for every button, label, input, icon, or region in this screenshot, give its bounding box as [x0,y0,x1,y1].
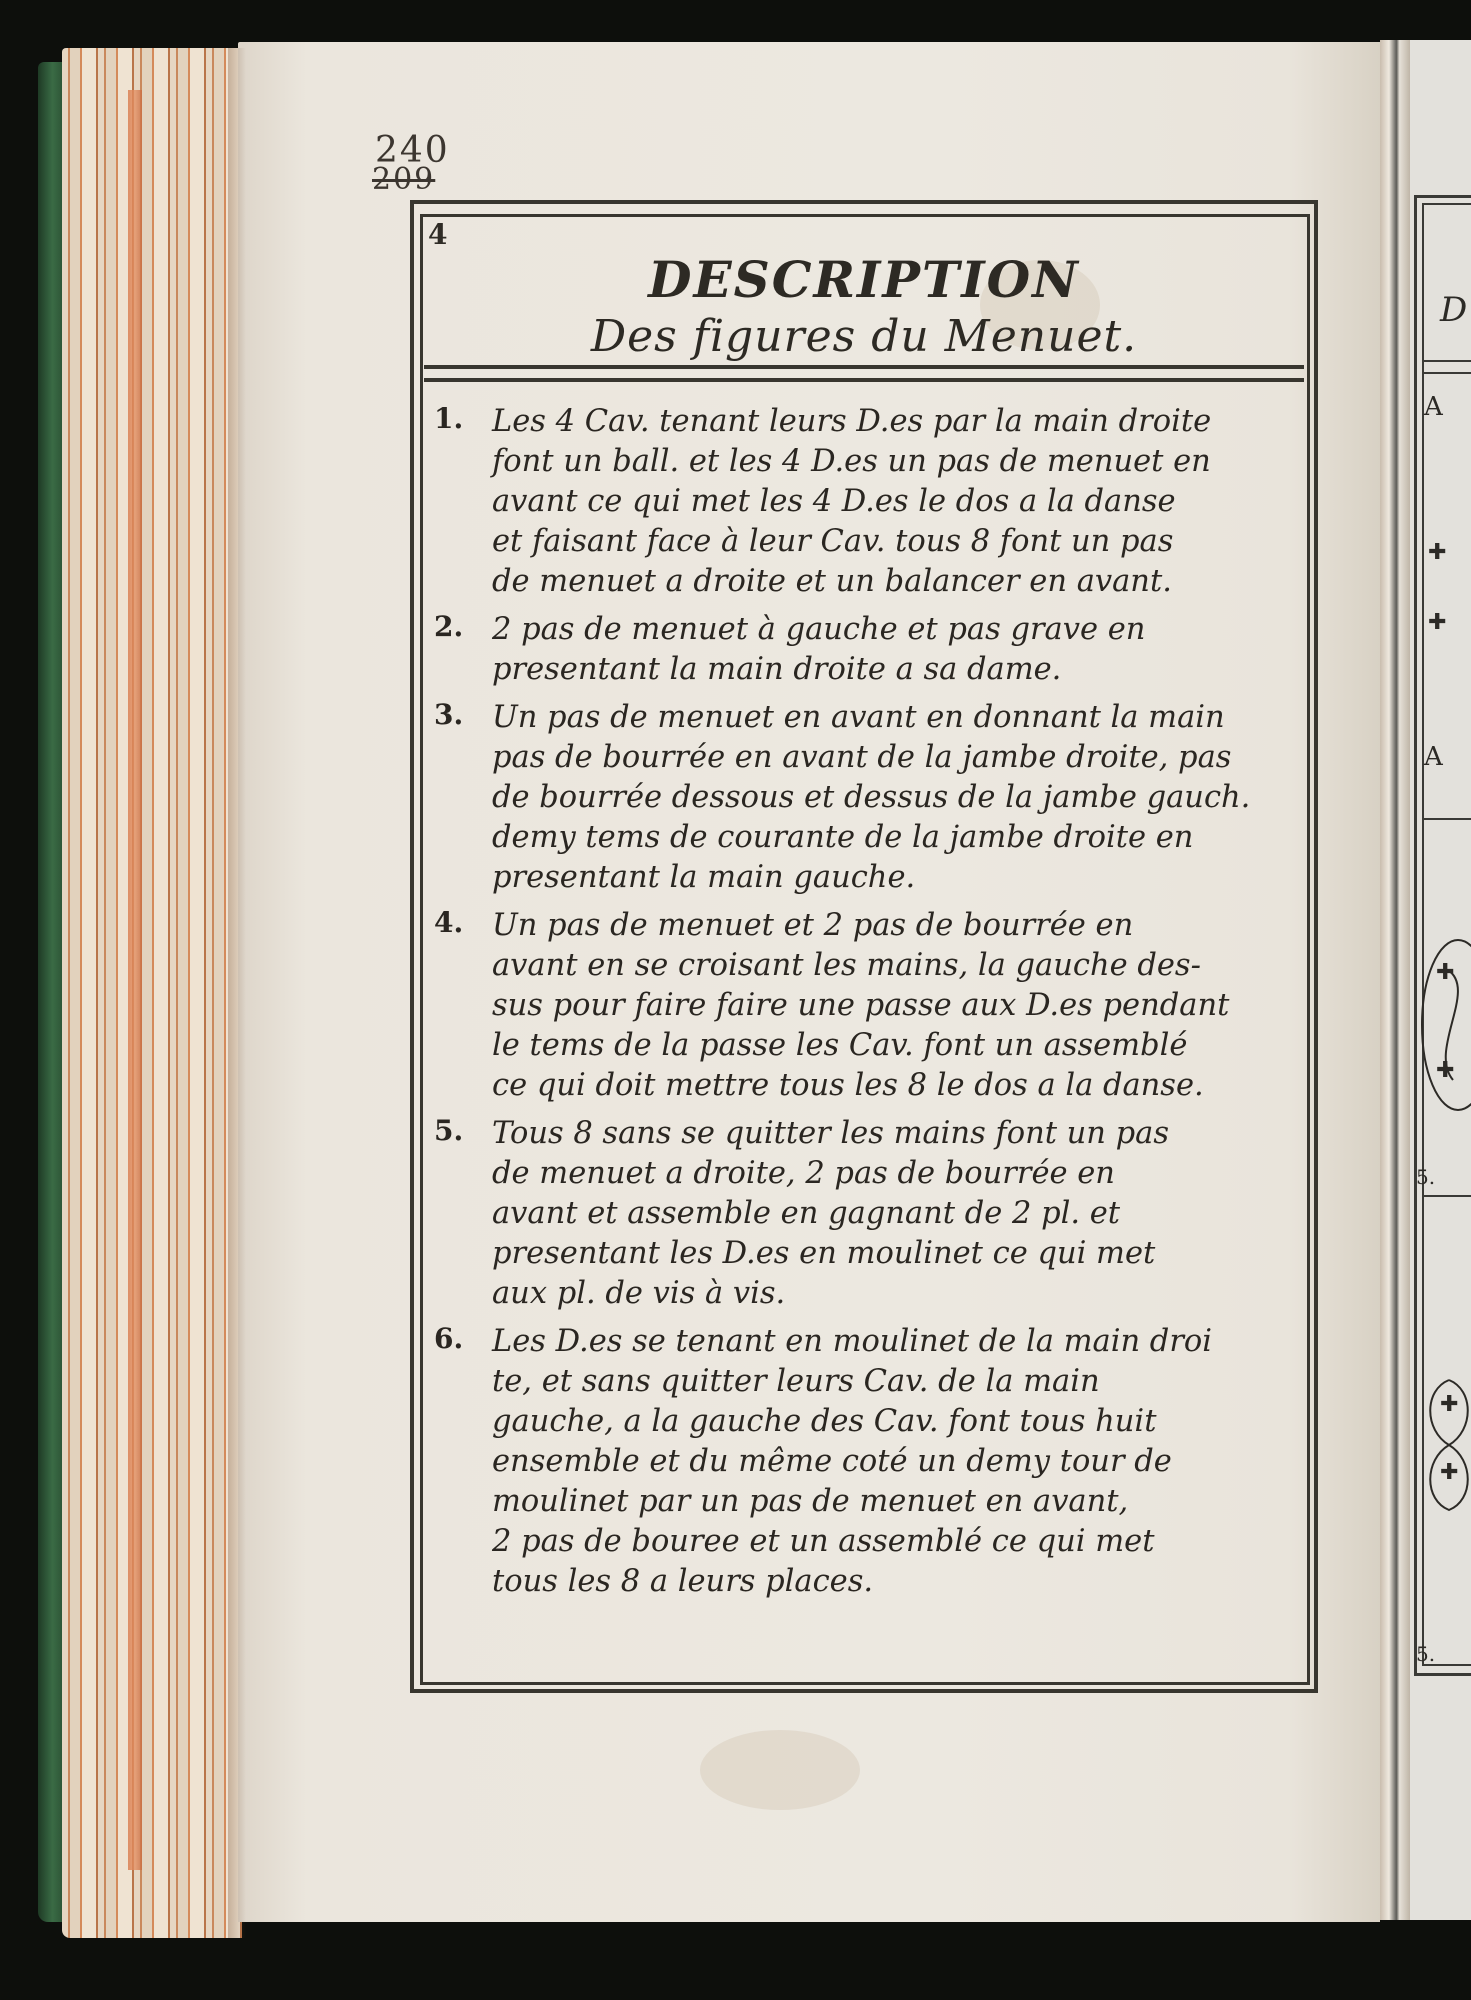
text-line: ce qui doit mettre tous les 8 le dos a l… [492,1066,1300,1106]
facing-section-number: 5. [1416,1165,1435,1189]
figure-eight-path-icon [1424,1370,1471,1520]
text-line: font un ball. et les 4 D.es un pas de me… [492,442,1300,482]
facing-page-rule [1422,818,1471,820]
text-line: avant ce qui met les 4 D.es le dos a la … [492,482,1300,522]
page-edges [62,48,242,1938]
dancer-figure-a-icon: A [1424,742,1443,772]
plate-subtitle: Des figures du Menuet. [424,311,1304,362]
paper-stain [700,1730,860,1810]
text-line: presentant la main droite a sa dame. [492,650,1300,690]
title-rule [424,365,1304,369]
text-line: pas de bourrée en avant de la jambe droi… [492,738,1300,778]
text-line: tous les 8 a leurs places. [492,1562,1300,1602]
text-line: 2 pas de bouree et un assemblé ce qui me… [492,1522,1300,1562]
description-item-5: 5. Tous 8 sans se quitter les mains font… [430,1114,1300,1314]
text-line: le tems de la passe les Cav. font un ass… [492,1026,1300,1066]
text-line: gauche, a la gauche des Cav. font tous h… [492,1402,1300,1442]
facing-page-header-letter: D [1440,290,1467,330]
plate-title: DESCRIPTION [424,250,1304,309]
dancer-cross-icon: ✚ [1428,540,1446,565]
text-line: ensemble et du même coté un demy tour de [492,1442,1300,1482]
item-number: 4. [434,906,494,939]
item-number: 2. [434,610,494,643]
text-line: avant en se croisant les mains, la gauch… [492,946,1300,986]
facing-section-number: 5. [1416,1642,1435,1666]
text-line: avant et assemble en gagnant de 2 pl. et [492,1194,1300,1234]
text-line: 2 pas de menuet à gauche et pas grave en [492,610,1300,650]
facing-page-rule [1422,360,1471,362]
text-line: sus pour faire faire une passe aux D.es … [492,986,1300,1026]
text-line: Un pas de menuet et 2 pas de bourrée en [492,906,1300,946]
facing-page-rule [1422,372,1471,374]
text-line: Les 4 Cav. tenant leurs D.es par la main… [492,402,1300,442]
text-line: de menuet a droite et un balancer en ava… [492,562,1300,602]
figure-path-curve-icon [1418,930,1471,1120]
text-line: demy tems de courante de la jambe droite… [492,818,1300,858]
text-line: Un pas de menuet en avant en donnant la … [492,698,1300,738]
item-number: 1. [434,402,494,435]
item-number: 6. [434,1322,494,1355]
text-line: moulinet par un pas de menuet en avant, [492,1482,1300,1522]
text-line: presentant les D.es en moulinet ce qui m… [492,1234,1300,1274]
figure-descriptions: 1. Les 4 Cav. tenant leurs D.es par la m… [430,402,1300,1610]
title-block: DESCRIPTION Des figures du Menuet. [424,230,1304,362]
item-number: 3. [434,698,494,731]
page-edge-shadow [228,48,246,1938]
text-line: Tous 8 sans se quitter les mains font un… [492,1114,1300,1154]
description-item-2: 2. 2 pas de menuet à gauche et pas grave… [430,610,1300,690]
text-line: te, et sans quitter leurs Cav. de la mai… [492,1362,1300,1402]
text-line: Les D.es se tenant en moulinet de la mai… [492,1322,1300,1362]
description-item-4: 4. Un pas de menuet et 2 pas de bourrée … [430,906,1300,1106]
dancer-cross-icon: ✚ [1428,610,1446,635]
title-rule [424,378,1304,382]
description-item-1: 1. Les 4 Cav. tenant leurs D.es par la m… [430,402,1300,602]
page-number-struck: 209 [372,162,435,197]
description-item-3: 3. Un pas de menuet en avant en donnant … [430,698,1300,898]
facing-page-rule [1422,1195,1471,1197]
text-line: de bourrée dessous et dessus de la jambe… [492,778,1300,818]
red-edge-stain [128,90,142,1870]
text-line: et faisant face à leur Cav. tous 8 font … [492,522,1300,562]
book-gutter [1380,40,1410,1920]
text-line: aux pl. de vis à vis. [492,1274,1300,1314]
description-item-6: 6. Les D.es se tenant en moulinet de la … [430,1322,1300,1602]
text-line: de menuet a droite, 2 pas de bourrée en [492,1154,1300,1194]
text-line: presentant la main gauche. [492,858,1300,898]
item-number: 5. [434,1114,494,1147]
dancer-figure-a-icon: A [1424,392,1443,422]
